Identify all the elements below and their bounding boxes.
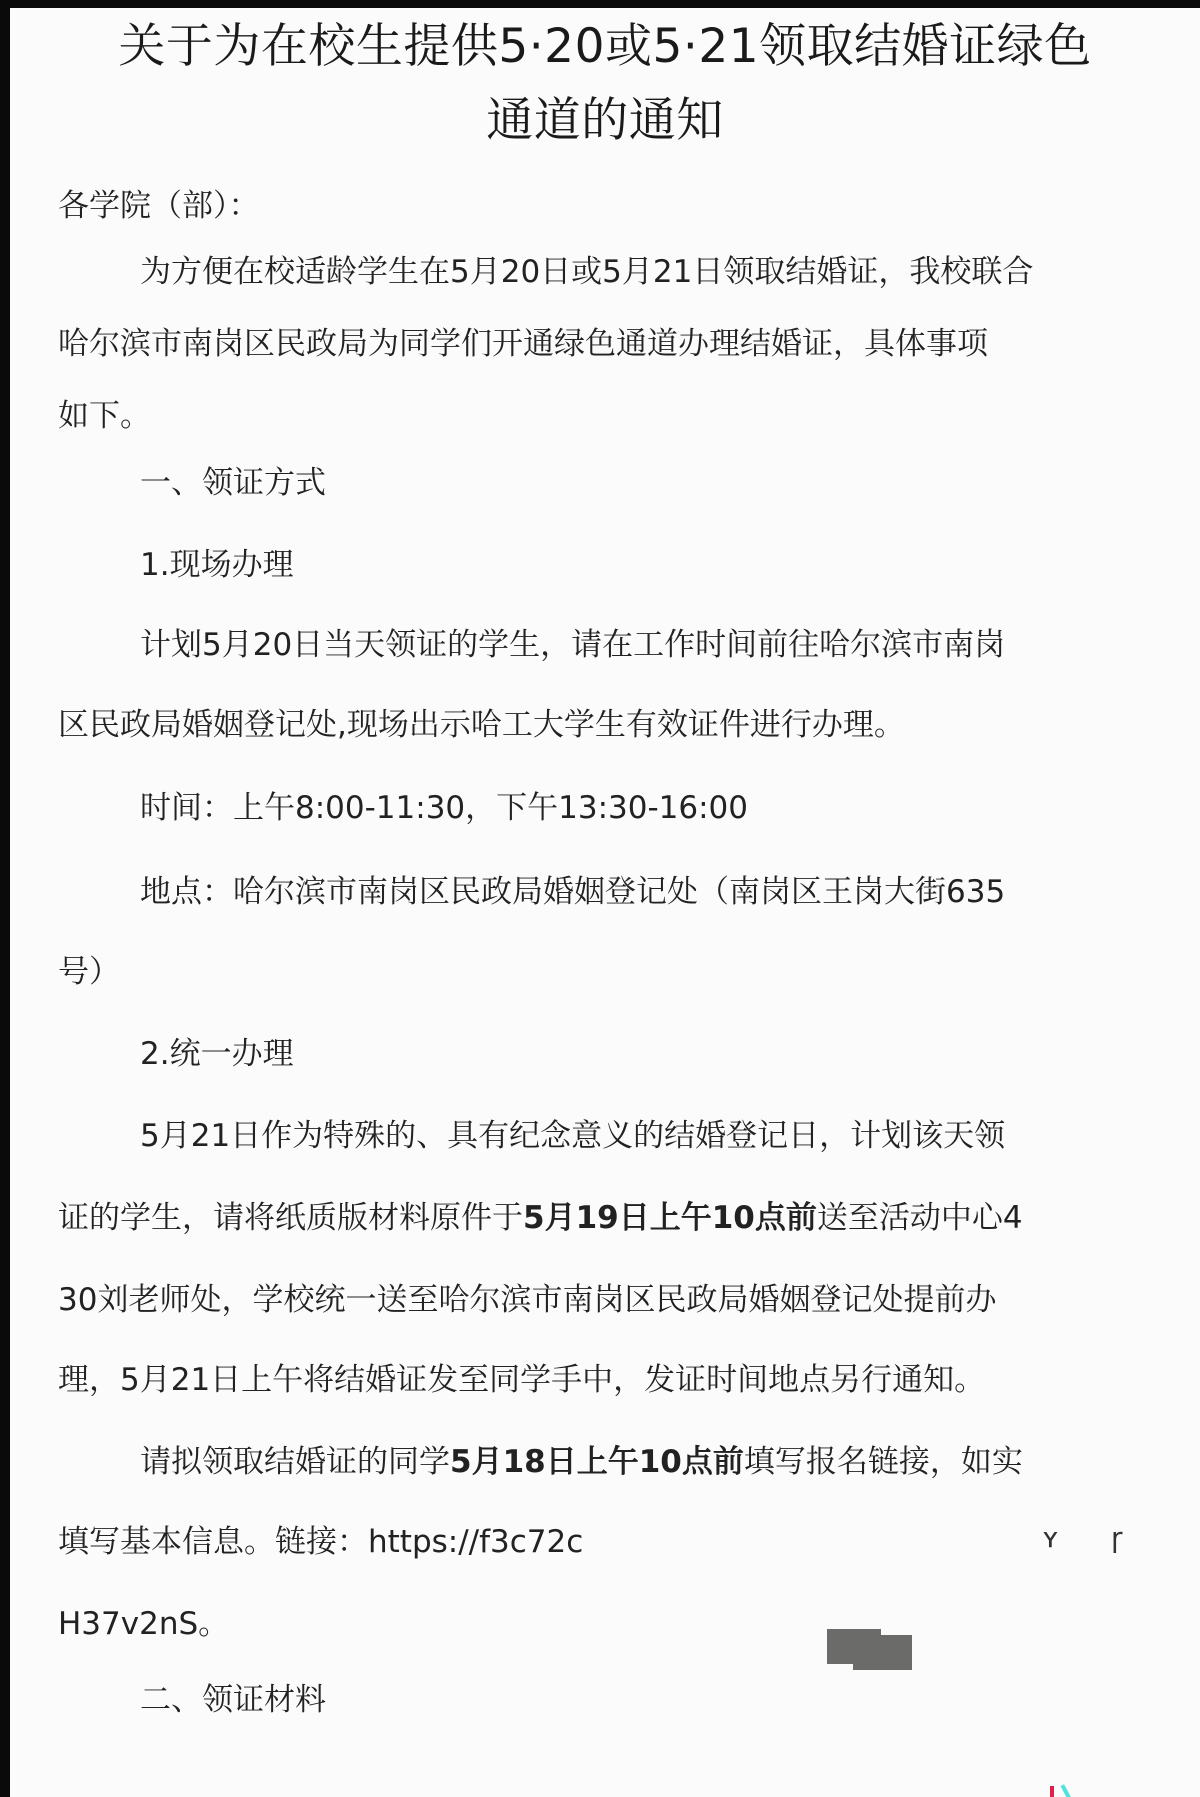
section-1-heading: 一、领证方式 [140,463,1190,503]
signup-link-line[interactable]: 填写基本信息。链接：https://f3c72c [58,1522,1190,1562]
notice-page: 关于为在校生提供5·20或5·21领取结婚证绿色 通道的通知 各学院（部）： 为… [10,8,1200,1797]
link-fragment: ʏ [1042,1521,1059,1554]
signup-line-1-post: 填写报名链接，如实 [744,1444,1023,1480]
intro-line-3: 如下。 [58,396,1190,436]
sub2-line-3: 30刘老师处，学校统一送至哈尔滨市南岗区民政局婚姻登记处提前办 [58,1280,1190,1320]
location-line-1: 地点：哈尔滨市南岗区民政局婚姻登记处（南岗区王岗大街635 [140,872,1190,912]
intro-line-1: 为方便在校适龄学生在5月20日或5月21日领取结婚证，我校联合 [140,252,1190,292]
sub2-line-2: 证的学生，请将纸质版材料原件于5月19日上午10点前送至活动中心4 [58,1198,1190,1238]
link-fragment: ɼ [1111,1521,1123,1554]
title-line-1: 关于为在校生提供5·20或5·21领取结婚证绿色 [10,10,1200,84]
deadline-materials: 5月19日上午10点前 [523,1200,817,1236]
salutation: 各学院（部）： [58,186,1190,226]
sub2-line-4: 理，5月21日上午将结婚证发至同学手中，发证时间地点另行通知。 [58,1360,1190,1400]
sub1-body-line-2: 区民政局婚姻登记处,现场出示哈工大学生有效证件进行办理。 [58,705,1190,745]
office-hours: 时间：上午8:00-11:30，下午13:30-16:00 [140,788,1190,828]
section-2-heading: 二、领证材料 [140,1680,1190,1720]
intro-line-2: 哈尔滨市南岗区民政局为同学们开通绿色通道办理结婚证，具体事项 [58,324,1190,364]
location-line-2: 号） [58,952,1190,992]
watermark-mark-cyan [1061,1784,1074,1797]
subsection-2-heading: 2.统一办理 [140,1034,1190,1074]
deadline-signup: 5月18日上午10点前 [450,1444,744,1480]
title-line-2: 通道的通知 [10,84,1200,158]
watermark-mark-red [1050,1786,1054,1797]
sub2-line-2-pre: 证的学生，请将纸质版材料原件于 [58,1200,523,1236]
signup-line-1-pre: 请拟领取结婚证的同学 [140,1444,450,1480]
sub2-line-2-post: 送至活动中心4 [817,1200,1023,1236]
document-title: 关于为在校生提供5·20或5·21领取结婚证绿色 通道的通知 [10,10,1200,158]
signup-link-end[interactable]: H37v2nS。 [58,1604,1190,1644]
subsection-1-heading: 1.现场办理 [140,545,1190,585]
sub1-body-line-1: 计划5月20日当天领证的学生，请在工作时间前往哈尔滨市南岗 [140,625,1190,665]
sub2-line-1: 5月21日作为特殊的、具有纪念意义的结婚登记日，计划该天领 [140,1116,1190,1156]
signup-line-1: 请拟领取结婚证的同学5月18日上午10点前填写报名链接，如实 [140,1442,1190,1482]
